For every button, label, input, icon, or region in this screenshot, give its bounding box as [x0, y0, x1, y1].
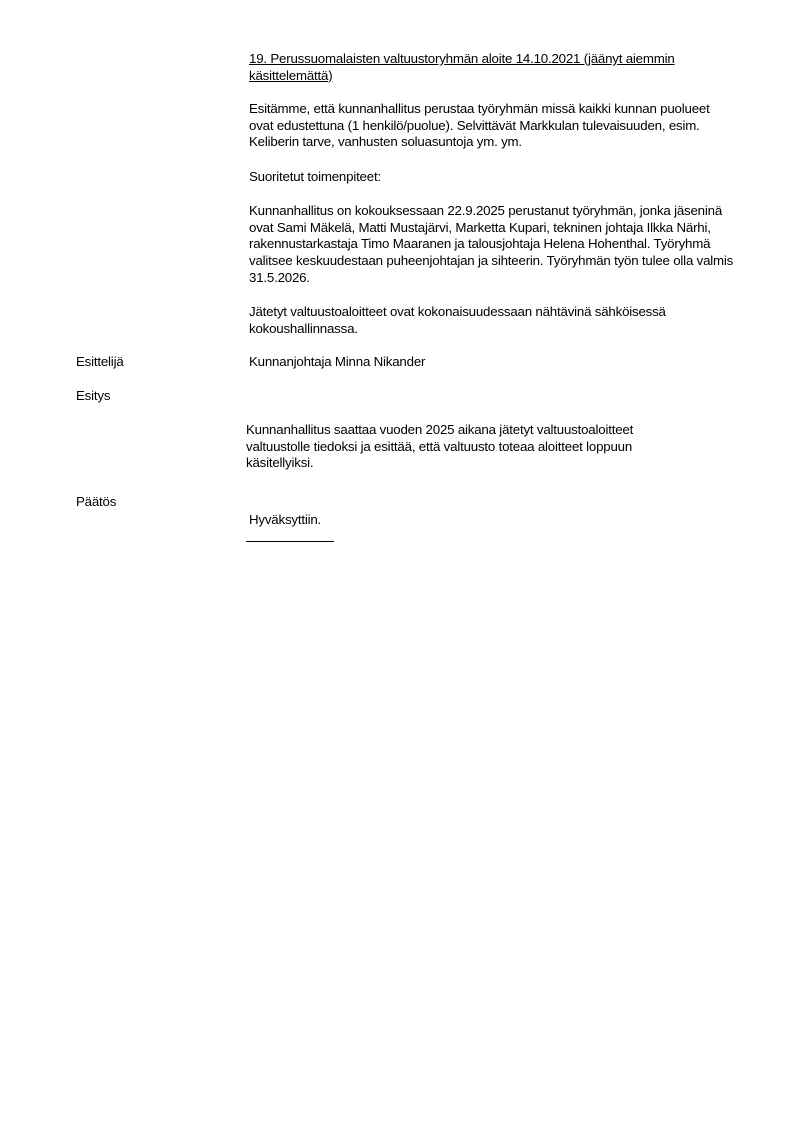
- decision-label: Päätös: [76, 494, 116, 511]
- motion-text: Kunnanhallitus saattaa vuoden 2025 aikan…: [246, 422, 696, 472]
- item-heading: 19. Perussuomalaisten valtuustoryhmän al…: [249, 51, 744, 84]
- actions-heading: Suoritetut toimenpiteet:: [249, 169, 744, 186]
- availability-text: Jätetyt valtuustoaloitteet ovat kokonais…: [249, 304, 744, 337]
- proposal-text: Esitämme, että kunnanhallitus perustaa t…: [249, 101, 719, 151]
- presenter-label: Esittelijä: [76, 354, 124, 371]
- motion-label: Esitys: [76, 388, 110, 405]
- presenter-value: Kunnanjohtaja Minna Nikander: [249, 354, 744, 371]
- actions-text: Kunnanhallitus on kokouksessaan 22.9.202…: [249, 203, 739, 287]
- decision-text: Hyväksyttiin.: [249, 512, 744, 529]
- signature-rule: [246, 541, 334, 542]
